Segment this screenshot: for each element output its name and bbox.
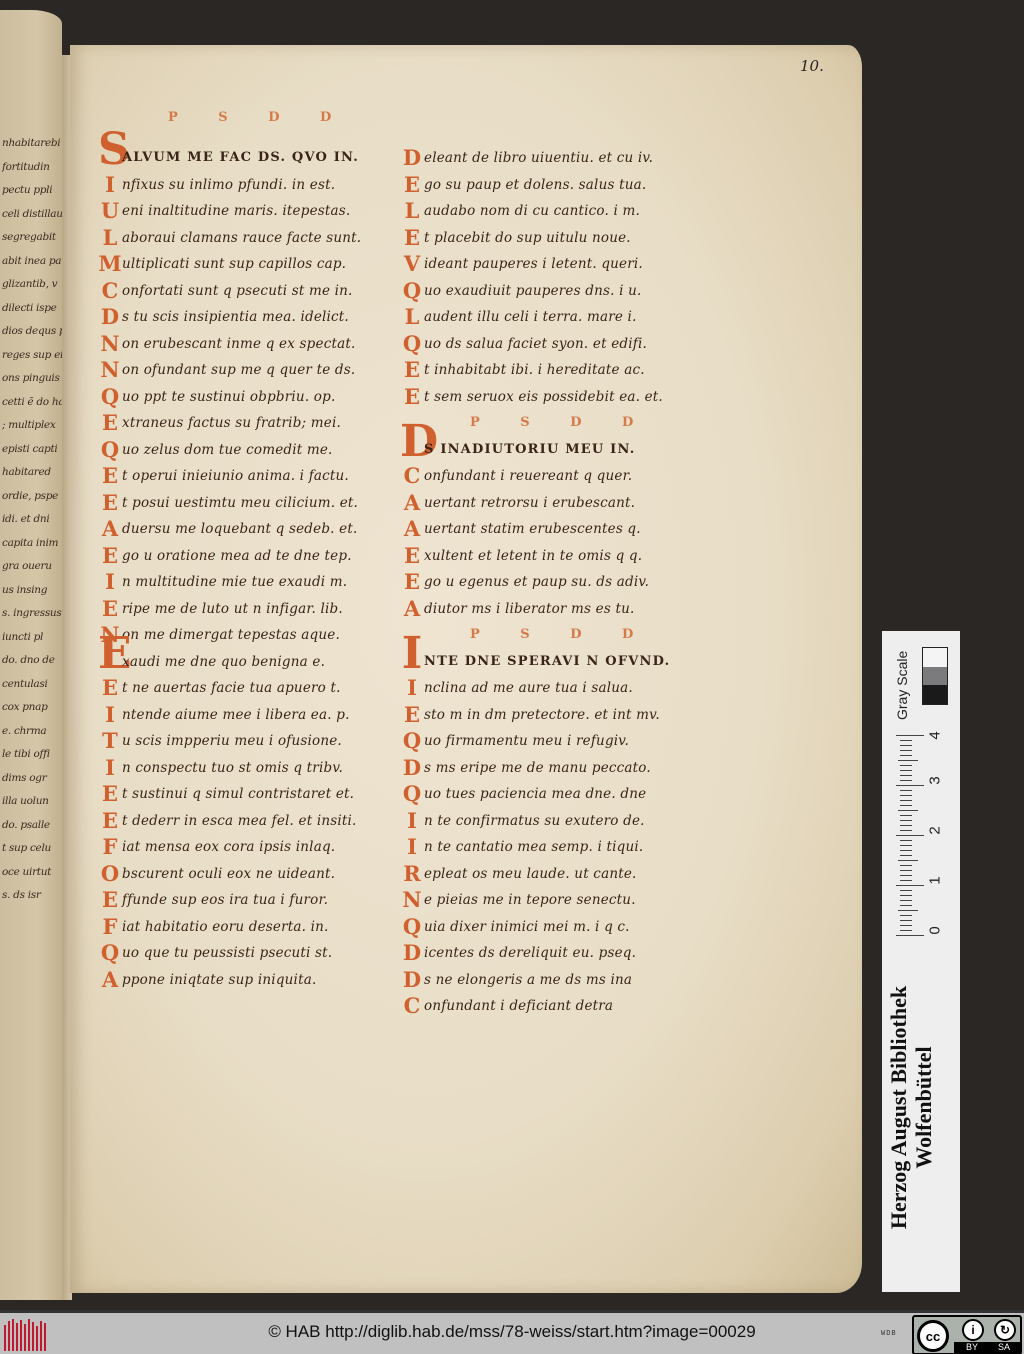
rubricated-initial: F (98, 834, 122, 861)
ruler-tick (900, 925, 912, 926)
line-text: uo tues paciencia mea dne. dne (424, 781, 646, 808)
line-text: uo zelus dom tue comedit me. (122, 437, 333, 464)
verso-line: cetti ẽ do ha (2, 391, 62, 415)
ruler-tick (900, 930, 912, 931)
verso-text: nhabitarebifortitudinpectu ppliceli dist… (2, 132, 62, 908)
manuscript-line: Et sem seruox eis possidebit ea. et. (400, 384, 700, 411)
ruler-tick (900, 815, 912, 816)
rubricated-initial: Q (400, 781, 424, 808)
manuscript-line: SALVUM ME FAC DS. QVO IN. (98, 145, 388, 172)
manuscript-line: Appone iniqtate sup iniquita. (98, 967, 388, 994)
rubricated-initial: D (400, 145, 424, 172)
verso-line: us insing (2, 579, 62, 603)
ruler-tick (898, 810, 918, 811)
ruler-tick (900, 740, 912, 741)
verso-line: iuncti pl (2, 626, 62, 650)
manuscript-line: Eripe me de luto ut n infigar. lib. (98, 596, 388, 623)
line-text: t dederr in esca mea fel. et insiti. (122, 808, 357, 835)
verso-line: capita inim (2, 532, 62, 556)
manuscript-line: Quo que tu peussisti psecuti st. (98, 940, 388, 967)
rubricated-initial: M (98, 251, 122, 278)
swatch-black (923, 685, 947, 704)
line-text: audent illu celi i terra. mare i. (424, 304, 637, 331)
line-text: iat habitatio eoru deserta. in. (122, 914, 329, 941)
institution-line1: Herzog August Bibliothek (886, 935, 911, 1280)
line-text: n multitudine mie tue exaudi m. (122, 569, 347, 596)
manuscript-line: Deleant de libro uiuentiu. et cu iv. (400, 145, 700, 172)
verso-line: celi distillau (2, 203, 62, 227)
line-text: S INADIUTORIU MEU IN. (424, 437, 635, 464)
manuscript-line: Laboraui clamans rauce facte sunt. (98, 225, 388, 252)
ruler-tick (896, 885, 924, 886)
manuscript-line: Intende aiume mee i libera ea. p. (98, 702, 388, 729)
rubricated-initial: Q (98, 940, 122, 967)
rubricated-initial: E (98, 887, 122, 914)
line-text: bscurent oculi eox ne uideant. (122, 861, 335, 888)
line-text: icentes ds dereliquit eu. pseq. (424, 940, 636, 967)
manuscript-line: Quo firmamentu meu i refugiv. (400, 728, 700, 755)
rubricated-initial: I (98, 755, 122, 782)
manuscript-line: Obscurent oculi eox ne uideant. (98, 861, 388, 888)
line-text: on ofundant sup me q quer te ds. (122, 357, 355, 384)
line-text: s ms eripe me de manu peccato. (424, 755, 651, 782)
manuscript-line: Confundant i reuereant q quer. (400, 463, 700, 490)
ruler-tick (896, 835, 924, 836)
ruler-tick (900, 755, 912, 756)
line-text: eni inaltitudine maris. itepestas. (122, 198, 350, 225)
rubricated-initial: E (98, 463, 122, 490)
line-text: uertant retrorsu i erubescant. (424, 490, 635, 517)
manuscript-line: Non me dimergat tepestas aque. (98, 622, 388, 649)
manuscript-line: Et ne auertas facie tua apuero t. (98, 675, 388, 702)
ruler-tick (898, 910, 918, 911)
verso-line: dios dequs p (2, 320, 62, 344)
rubricated-initial: E (400, 569, 424, 596)
manuscript-line: Ueni inaltitudine maris. itepestas. (98, 198, 388, 225)
cc-by-sa-license-badge[interactable]: cc i ↻ BY SA (912, 1315, 1022, 1354)
ruler-tick (896, 935, 924, 936)
ruler-tick (898, 760, 918, 761)
verso-line: fortitudin (2, 156, 62, 180)
attribution-icon: i (962, 1319, 984, 1341)
rubricated-initial: E (98, 808, 122, 835)
rubricated-initial: D (400, 755, 424, 782)
recto-page: 10. P S D D SALVUM ME FAC DS. QVO IN.Inf… (70, 45, 862, 1293)
rubricated-initial: N (400, 887, 424, 914)
line-text: duersu me loquebant q sedeb. et. (122, 516, 357, 543)
rubricated-initial: E (400, 225, 424, 252)
line-text: ffunde sup eos ira tua i furor. (122, 887, 328, 914)
manuscript-line: Et sustinui q simul contristaret et. (98, 781, 388, 808)
rubricated-initial: Q (400, 728, 424, 755)
license-sa-label: SA (998, 1342, 1010, 1353)
verso-line: e. chrma (2, 720, 62, 744)
verso-line: le tibi offi (2, 743, 62, 767)
line-text: uo ppt te sustinui obpbriu. op. (122, 384, 335, 411)
manuscript-line: Auertant retrorsu i erubescant. (400, 490, 700, 517)
manuscript-line: DS INADIUTORIU MEU IN. (400, 437, 700, 464)
rubricated-initial: Q (98, 384, 122, 411)
line-text: u scis impperiu meu i ofusione. (122, 728, 342, 755)
line-text: ultiplicati sunt sup capillos cap. (122, 251, 346, 278)
ruler-tick (900, 770, 912, 771)
manuscript-line: Ego su paup et dolens. salus tua. (400, 172, 700, 199)
verso-line: oce uirtut (2, 861, 62, 885)
rubricated-initial: A (400, 490, 424, 517)
manuscript-line: Multiplicati sunt sup capillos cap. (98, 251, 388, 278)
rubricated-initial: E (400, 357, 424, 384)
rubricated-initial: D (400, 967, 424, 994)
verso-line: pectu ppli (2, 179, 62, 203)
line-text: on me dimergat tepestas aque. (122, 622, 340, 649)
ruler-tick (900, 890, 912, 891)
rubricated-initial: U (98, 198, 122, 225)
line-text: audabo nom di cu cantico. i m. (424, 198, 640, 225)
verso-line: ons pinguis (2, 367, 62, 391)
rubricated-initial: N (98, 357, 122, 384)
ruler-tick (900, 855, 912, 856)
line-text: onfundant i reuereant q quer. (424, 463, 632, 490)
rubricated-initial: E (98, 490, 122, 517)
manuscript-line: Auertant statim erubescentes q. (400, 516, 700, 543)
verso-line: do. dno de (2, 649, 62, 673)
footer-bar: © HAB http://diglib.hab.de/mss/78-weiss/… (0, 1310, 1024, 1354)
manuscript-line: Et operui inieiunio anima. i factu. (98, 463, 388, 490)
line-text: uia dixer inimici mei m. i q c. (424, 914, 630, 941)
manuscript-line: Aduersu me loquebant q sedeb. et. (98, 516, 388, 543)
ruler-tick (900, 765, 912, 766)
line-text: xaudi me dne quo benigna e. (122, 649, 325, 676)
rubricated-initial: E (400, 384, 424, 411)
ruler-tick (900, 805, 912, 806)
rubricated-initial: N (98, 331, 122, 358)
line-text: xultent et letent in te omis q q. (424, 543, 642, 570)
manuscript-line: Fiat mensa eox cora ipsis inlaq. (98, 834, 388, 861)
rubricated-initial: E (98, 639, 122, 669)
line-text: on erubescant inme q ex spectat. (122, 331, 355, 358)
verso-line: centulasi (2, 673, 62, 697)
ruler-tick (900, 800, 912, 801)
line-text: sto m in dm pretectore. et int mv. (424, 702, 660, 729)
text-column-left: P S D D SALVUM ME FAC DS. QVO IN.Infixus… (98, 145, 388, 993)
line-text: n te confirmatus su exutero de. (424, 808, 645, 835)
ruler-tick (900, 795, 912, 796)
ruler-label: 1 (927, 874, 944, 888)
manuscript-line: In te cantatio mea semp. i tiqui. (400, 834, 700, 861)
manuscript-line: Non erubescant inme q ex spectat. (98, 331, 388, 358)
verso-line: cox pnap (2, 696, 62, 720)
rubricated-initial: I (98, 569, 122, 596)
verso-line: dilecti ispe (2, 297, 62, 321)
wdb-mark: WDB (881, 1330, 897, 1338)
ruler-tick (900, 745, 912, 746)
ruler-tick (896, 785, 924, 786)
rubricated-initial: D (400, 940, 424, 967)
manuscript-line: Exultent et letent in te omis q q. (400, 543, 700, 570)
line-text: nclina ad me aure tua i salua. (424, 675, 633, 702)
line-text: eleant de libro uiuentiu. et cu iv. (424, 145, 653, 172)
rubricated-initial: E (400, 702, 424, 729)
ruler-tick (900, 865, 912, 866)
line-text: aboraui clamans rauce facte sunt. (122, 225, 361, 252)
line-text: t inhabitabt ibi. i hereditate ac. (424, 357, 645, 384)
line-text: s tu scis insipientia mea. idelict. (122, 304, 349, 331)
rubricated-initial: E (98, 543, 122, 570)
rubricated-initial: E (98, 410, 122, 437)
manuscript-line: Et inhabitabt ibi. i hereditate ac. (400, 357, 700, 384)
rubricated-initial: C (98, 278, 122, 305)
rubricated-initial: F (98, 914, 122, 941)
verso-line: s. ingressus (2, 602, 62, 626)
license-by-label: BY (966, 1342, 978, 1353)
manuscript-line: INTE DNE SPERAVI N OFVND. (400, 649, 700, 676)
verso-line: abit inea pa (2, 250, 62, 274)
license-labels: BY SA (954, 1342, 1020, 1353)
verso-line: gra oueru (2, 555, 62, 579)
rubricated-initial: I (400, 834, 424, 861)
line-text: ntende aiume mee i libera ea. p. (122, 702, 350, 729)
rubricated-initial: E (98, 781, 122, 808)
text-column-right: Deleant de libro uiuentiu. et cu iv.Ego … (400, 145, 700, 1020)
line-text: uo ds salua faciet syon. et edifi. (424, 331, 647, 358)
manuscript-line: Confortati sunt q psecuti st me in. (98, 278, 388, 305)
ruler-tick (900, 820, 912, 821)
line-text: uo que tu peussisti psecuti st. (122, 940, 332, 967)
verso-line: episti capti (2, 438, 62, 462)
manuscript-line: In multitudine mie tue exaudi m. (98, 569, 388, 596)
ruler-tick (900, 900, 912, 901)
line-text: t placebit do sup uitulu noue. (424, 225, 631, 252)
manuscript-line: Adiutor ms i liberator ms es tu. (400, 596, 700, 623)
verso-line: ordie, pspe (2, 485, 62, 509)
line-text: nfixus su inlimo pfundi. in est. (122, 172, 335, 199)
manuscript-line: Dicentes ds dereliquit eu. pseq. (400, 940, 700, 967)
rubricated-initial: E (400, 172, 424, 199)
line-text: go su paup et dolens. salus tua. (424, 172, 646, 199)
line-text: s ne elongeris a me ds ms ina (424, 967, 632, 994)
manuscript-line: Tu scis impperiu meu i ofusione. (98, 728, 388, 755)
rubricated-initial: E (98, 675, 122, 702)
rubricated-initial: L (400, 198, 424, 225)
manuscript-line: Exaudi me dne quo benigna e. (98, 649, 388, 676)
manuscript-line: Non ofundant sup me q quer te ds. (98, 357, 388, 384)
verso-line: illa uolun (2, 790, 62, 814)
gray-scale-swatch (922, 647, 948, 705)
line-text: e pieias me in tepore senectu. (424, 887, 636, 914)
rubricated-initial: Q (400, 278, 424, 305)
rubricated-initial: O (98, 861, 122, 888)
verso-line: segregabit (2, 226, 62, 250)
rubricated-initial: I (400, 639, 424, 669)
ruler-tick (900, 870, 912, 871)
manuscript-line: Ego u oratione mea ad te dne tep. (98, 543, 388, 570)
verso-line: do. psalle (2, 814, 62, 838)
line-text: go u egenus et paup su. ds adiv. (424, 569, 649, 596)
verso-line: reges sup ei (2, 344, 62, 368)
institution-line2: Wolfenbüttel (911, 935, 936, 1280)
verso-line: s. ds isr (2, 884, 62, 908)
manuscript-line: Repleat os meu laude. ut cante. (400, 861, 700, 888)
ruler-tick (900, 915, 912, 916)
manuscript-line: Confundant i deficiant detra (400, 993, 700, 1020)
manuscript-line: Quo ds salua faciet syon. et edifi. (400, 331, 700, 358)
manuscript-scan: nhabitarebifortitudinpectu ppliceli dist… (0, 0, 1024, 1310)
line-text: iat mensa eox cora ipsis inlaq. (122, 834, 335, 861)
manuscript-line: Videant pauperes i letent. queri. (400, 251, 700, 278)
ruler-tick (900, 825, 912, 826)
ruler-tick (900, 875, 912, 876)
manuscript-line: In te confirmatus su exutero de. (400, 808, 700, 835)
line-text: onfundant i deficiant detra (424, 993, 613, 1020)
ruler-tick (900, 790, 912, 791)
rubricated-initial: Q (400, 331, 424, 358)
swatch-white (923, 648, 947, 667)
line-text: onfortati sunt q psecuti st me in. (122, 278, 353, 305)
rubricated-initial: A (98, 516, 122, 543)
rubricated-initial: R (400, 861, 424, 888)
manuscript-line: In conspectu tuo st omis q tribv. (98, 755, 388, 782)
line-text: t sem seruox eis possidebit ea. et. (424, 384, 663, 411)
rubricated-initial: C (400, 463, 424, 490)
line-text: uo exaudiuit pauperes dns. i u. (424, 278, 641, 305)
ruler-tick (896, 735, 924, 736)
verso-line: glizantib, v (2, 273, 62, 297)
manuscript-line: Laudent illu celi i terra. mare i. (400, 304, 700, 331)
rubricated-initial: C (400, 993, 424, 1020)
verso-line: t sup celu (2, 837, 62, 861)
ruler-label: 3 (927, 774, 944, 788)
folio-number: 10. (800, 57, 824, 75)
manuscript-line: Quo zelus dom tue comedit me. (98, 437, 388, 464)
line-text: ppone iniqtate sup iniquita. (122, 967, 316, 994)
rubricated-initial: E (98, 596, 122, 623)
ruler-tick (900, 750, 912, 751)
line-text: diutor ms i liberator ms es tu. (424, 596, 635, 623)
ruler-tick (898, 860, 918, 861)
line-text: uo firmamentu meu i refugiv. (424, 728, 629, 755)
manuscript-line: Et placebit do sup uitulu noue. (400, 225, 700, 252)
rubricated-initial: T (98, 728, 122, 755)
line-text: ripe me de luto ut n infigar. lib. (122, 596, 343, 623)
institution-name: Herzog August Bibliothek Wolfenbüttel (886, 935, 936, 1280)
line-text: ALVUM ME FAC DS. QVO IN. (122, 145, 359, 172)
ruler-label: 4 (927, 729, 944, 743)
rubricated-initial: S (98, 135, 122, 165)
rubricated-initial: A (400, 516, 424, 543)
verso-line: dims ogr (2, 767, 62, 791)
line-text: t sustinui q simul contristaret et. (122, 781, 354, 808)
ruler-tick (900, 845, 912, 846)
ruler-tick (900, 830, 912, 831)
ruler-tick (900, 895, 912, 896)
rubricated-initial: I (400, 675, 424, 702)
line-text: t operui inieiunio anima. i factu. (122, 463, 349, 490)
copyright-link[interactable]: © HAB http://diglib.hab.de/mss/78-weiss/… (0, 1322, 1024, 1342)
ruler-tick (900, 850, 912, 851)
line-text: epleat os meu laude. ut cante. (424, 861, 637, 888)
line-text: xtraneus factus su fratrib; mei. (122, 410, 341, 437)
rubric-heading: P S D D (400, 622, 700, 649)
line-text: uertant statim erubescentes q. (424, 516, 641, 543)
manuscript-line: Extraneus factus su fratrib; mei. (98, 410, 388, 437)
rubricated-initial: I (98, 172, 122, 199)
manuscript-line: Quo tues paciencia mea dne. dne (400, 781, 700, 808)
manuscript-line: Ds tu scis insipientia mea. idelict. (98, 304, 388, 331)
ruler-tick (900, 780, 912, 781)
manuscript-line: Esto m in dm pretectore. et int mv. (400, 702, 700, 729)
line-text: t posui uestimtu meu cilicium. et. (122, 490, 358, 517)
rubricated-initial: Q (98, 437, 122, 464)
rubricated-initial: A (98, 967, 122, 994)
ruler-tick (900, 840, 912, 841)
manuscript-line: Quia dixer inimici mei m. i q c. (400, 914, 700, 941)
ruler-tick (900, 920, 912, 921)
rubric-heading: P S D D (400, 410, 700, 437)
line-text: n conspectu tuo st omis q tribv. (122, 755, 343, 782)
ruler-label: 2 (927, 824, 944, 838)
cc-icon: cc (917, 1320, 949, 1352)
verso-line: habitared (2, 461, 62, 485)
line-text: go u oratione mea ad te dne tep. (122, 543, 352, 570)
ruler-tick (900, 775, 912, 776)
manuscript-line: Laudabo nom di cu cantico. i m. (400, 198, 700, 225)
verso-page-edge: nhabitarebifortitudinpectu ppliceli dist… (0, 10, 62, 1300)
manuscript-line: Et posui uestimtu meu cilicium. et. (98, 490, 388, 517)
gray-scale-label: Gray Scale (894, 651, 910, 720)
ruler-label: 0 (927, 924, 944, 938)
rubricated-initial: D (400, 427, 424, 457)
verso-line: ; multiplex (2, 414, 62, 438)
line-text: ideant pauperes i letent. queri. (424, 251, 643, 278)
manuscript-line: Ds ne elongeris a me ds ms ina (400, 967, 700, 994)
rubricated-initial: Q (400, 914, 424, 941)
ruler-tick (900, 905, 912, 906)
rubricated-initial: E (400, 543, 424, 570)
manuscript-line: Et dederr in esca mea fel. et insiti. (98, 808, 388, 835)
rubric-heading: P S D D (98, 105, 349, 132)
share-alike-icon: ↻ (994, 1319, 1016, 1341)
manuscript-line: Ne pieias me in tepore senectu. (400, 887, 700, 914)
rubricated-initial: A (400, 596, 424, 623)
manuscript-line: Quo ppt te sustinui obpbriu. op. (98, 384, 388, 411)
line-text: NTE DNE SPERAVI N OFVND. (424, 649, 670, 676)
manuscript-line: Ego u egenus et paup su. ds adiv. (400, 569, 700, 596)
manuscript-line: Quo exaudiuit pauperes dns. i u. (400, 278, 700, 305)
rubricated-initial: L (400, 304, 424, 331)
line-text: t ne auertas facie tua apuero t. (122, 675, 341, 702)
manuscript-line: Effunde sup eos ira tua i furor. (98, 887, 388, 914)
manuscript-line: Infixus su inlimo pfundi. in est. (98, 172, 388, 199)
rubricated-initial: L (98, 225, 122, 252)
manuscript-line: Inclina ad me aure tua i salua. (400, 675, 700, 702)
manuscript-line: Fiat habitatio eoru deserta. in. (98, 914, 388, 941)
ruler-tick (900, 880, 912, 881)
rubricated-initial: I (400, 808, 424, 835)
verso-line: nhabitarebi (2, 132, 62, 156)
line-text: n te cantatio mea semp. i tiqui. (424, 834, 643, 861)
rubricated-initial: I (98, 702, 122, 729)
rubricated-initial: V (400, 251, 424, 278)
rubricated-initial: D (98, 304, 122, 331)
verso-line: idi. et dni (2, 508, 62, 532)
manuscript-line: Ds ms eripe me de manu peccato. (400, 755, 700, 782)
swatch-gray (923, 667, 947, 686)
